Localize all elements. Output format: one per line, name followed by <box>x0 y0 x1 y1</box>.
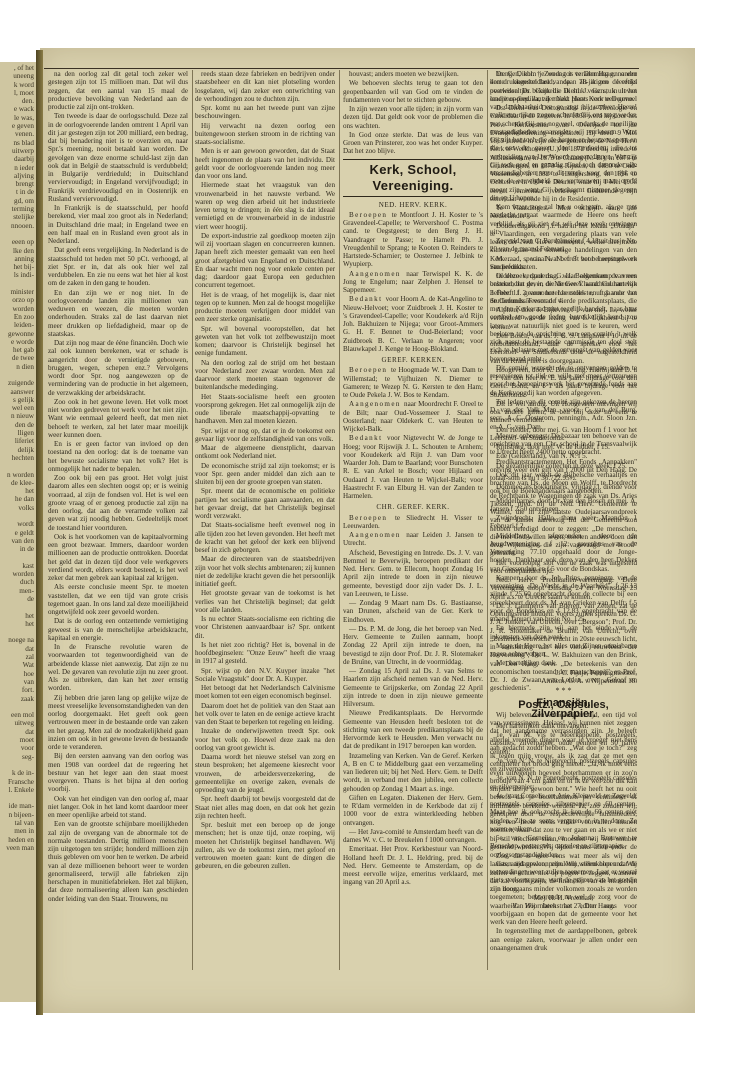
article-paragraph: Dat geeft eens vergelijking. In Nederlan… <box>48 246 188 287</box>
article-paragraph: Men is er aan gewoon geworden, dat de St… <box>195 147 335 180</box>
postage-intro: Met hartelijken dank ontvangen: <box>490 722 637 730</box>
donation-entry: De gezamenlijke collecten in deze week: … <box>490 462 637 470</box>
donation-entry: Kampen, door ds. Joh. Prins, penningm. v… <box>490 574 637 624</box>
article-paragraph: Dat Staats-socialisme heeft evenwel nog … <box>195 521 335 554</box>
article-paragraph: Na den oorlog zal de strijd om het besta… <box>195 359 335 392</box>
announcement-label: Bedankt <box>349 434 387 442</box>
article-paragraph: reeds staan deze fabrieken en bedrijven … <box>195 70 335 103</box>
church-announcements: NED. HERV. KERK.Beroepen te Montfoort J.… <box>343 201 483 887</box>
donation-entry: Dit is wel aardig. Uit Hoogeveen ontving… <box>490 400 637 425</box>
donation-entry: brengen, kom je weer tot verademing en o… <box>490 70 637 202</box>
article-paragraph: Zoo ook bij een pas groot. Het volgt jui… <box>48 474 188 532</box>
announcement-label: Beroepen <box>349 366 391 374</box>
postage-entry: 3e. van N. N. te Papendrecht, postzegels… <box>490 774 637 791</box>
article-paragraph: houvast; anders moeten we bezwijken. <box>343 70 483 78</box>
article-paragraph: Het betoogt dat het Nederlandsch Calvini… <box>195 684 335 701</box>
church-subheading: CHR. GEREF. KERK. <box>343 503 483 511</box>
postage-entry: 1e. van M. Vis te Moerkappelle, postzege… <box>490 731 637 756</box>
announcement-label: Beroepen <box>349 514 395 522</box>
column-3-church-news: houvast; anders moeten we bezwijken.We b… <box>343 70 483 970</box>
announcement-label: Bedankt <box>349 295 386 303</box>
page-gutter <box>36 50 43 1015</box>
header-rule <box>44 68 639 69</box>
donation-entry: Rijnsburg, door mej. W. de Ridder, f 15. <box>490 443 637 451</box>
postage-entry: 5e. van Cornelis en Johanna Brouwer te B… <box>490 834 637 851</box>
news-paragraph: — Zondag 15 April zal Ds. J. van Selms t… <box>343 667 483 708</box>
article-paragraph: Het Staats-socialisme heeft een grooten … <box>195 393 335 426</box>
postage-entry: 2e. van N. N. te Nigtevecht, postzegels,… <box>490 757 637 774</box>
collector-signature: Mej. H. H. Vreeman, Van Hoornbeekstraat … <box>490 894 637 911</box>
donation-entry: Ede (Gelderland), van N. N. f 5. <box>490 452 637 460</box>
article-paragraph: na den oorlog zal dit getal toch zeker w… <box>48 70 188 111</box>
article-paragraph: Daarom doet het de politiek van den Staa… <box>195 702 335 727</box>
article-paragraph: Maar de directeuren van de staatsbedrijv… <box>195 555 335 588</box>
donation-entry: Zegveld, van C. Bardelmeijer f 4,18 uit … <box>490 237 637 254</box>
news-paragraph: — Ds. P. M. de Jong, die het beroep van … <box>343 625 483 666</box>
article-paragraph: En dan zijn we er nog niet. In de oorlog… <box>48 289 188 339</box>
news-paragraph: Giften en Legaten. Diakenen der Herv. Ge… <box>343 794 483 827</box>
donation-entry: En hiermede zijn wij aan het einde van d… <box>490 624 637 641</box>
article-paragraph: In God onze sterkte. Dat was de leus van… <box>343 131 483 156</box>
article-paragraph: We behoeven slechts terug te gaan tot de… <box>343 79 483 104</box>
article-paragraph: Dat is de oorlog een ontzettende verniet… <box>48 617 188 642</box>
article-paragraph: De economische strijd zal zijn toekomst;… <box>195 462 335 487</box>
announcement-item: Bedankt voor Nigtevecht W. de Jonge te H… <box>343 434 483 500</box>
church-subheading: NED. HERV. KERK. <box>343 201 483 209</box>
postage-entry: Zoo, dat is weer eens wat meer als wij d… <box>490 852 637 893</box>
donation-entry: Middelharnis, door Dr. van den Bosch en … <box>490 497 637 514</box>
article-paragraph: Een van de grootste schijnbare moeilijkh… <box>48 820 188 903</box>
announcement-label: Aangenomen <box>349 531 406 539</box>
column-2-article: reeds staan deze fabrieken en bedrijven … <box>195 70 335 965</box>
postage-donations: Met hartelijken dank ontvangen:1e. van M… <box>490 722 637 893</box>
column-rule <box>487 70 488 970</box>
treasurer-signature: J. C. Fijnje, Penningmeester, Arnhem, G.… <box>490 669 637 686</box>
article-paragraph: Zij hebben drie jaren lang op gelijke wi… <box>48 694 188 752</box>
announcement-label: Aangenomen <box>349 270 406 278</box>
donations-list: brengen, kom je weer tot verademing en o… <box>490 70 637 668</box>
column-5-donations: brengen, kom je weer tot verademing en o… <box>490 70 637 970</box>
donation-entry: Zwijndrecht, Hallo, thans weer Maandag 1… <box>490 514 637 531</box>
donation-entry: Kom lezer, zoo zal het u ook gaan, als g… <box>490 203 637 236</box>
article-paragraph: Hiermede staat het vraagstuk van den vro… <box>195 181 335 231</box>
church-subheading: GEREF. KERKEN. <box>343 356 483 364</box>
article-paragraph: Als eerste conclusie meent Spr. te moete… <box>48 583 188 616</box>
announcement-label: Aangenomen <box>349 400 404 408</box>
article-paragraph: Spr. meent dat de economische en politie… <box>195 487 335 520</box>
article-paragraph: De export-industrie zal goedkoop moeten … <box>195 232 335 290</box>
article-paragraph: Inzake de onderwijswetten treedt Spr. oo… <box>195 727 335 752</box>
donation-entry: M. . . . , van N. N. f 5 voor Leerstoel-… <box>490 255 637 272</box>
news-paragraph: Inzameling van Kerken. Van de Geref. Ker… <box>343 752 483 793</box>
donation-entry: Den Helder, door mej. G. van Hoorn f 1 v… <box>490 426 637 443</box>
announcement-label: Beroepen <box>349 211 392 219</box>
article-paragraph: Hij verwacht na dezen oorlog een buiteng… <box>195 122 335 147</box>
article-paragraph: Spr. heeft daarbij tot bewijs voorgestel… <box>195 795 335 820</box>
article-paragraph: Het is de vraag, of het mogelijk is, daa… <box>195 291 335 324</box>
article-paragraph: In de Fransche revolutie waren de voorwa… <box>48 643 188 693</box>
news-paragraph: — Het Java-comité te Amsterdam heeft van… <box>343 828 483 845</box>
article-paragraph: Ten tweede is daar de oorlogsschuld. Dez… <box>48 112 188 203</box>
donation-entry: Moge de Heere het alles met Zijnen onmis… <box>490 642 637 659</box>
article-paragraph: Ook is het voorkomen van de kapitaalvorm… <box>48 533 188 583</box>
separator-stars: * * * <box>490 687 637 695</box>
article-paragraph: Is nu echter Staats-socialisme een richt… <box>195 615 335 640</box>
article-paragraph: En is er geen factor van invloed op den … <box>48 440 188 473</box>
section-heading-kerk-school: Kerk, School, Vereeniging. <box>343 159 483 197</box>
article-paragraph: Ook van het eindigen van den oorlog af, … <box>48 795 188 820</box>
article-paragraph: In zijn wezen voor alle tijden; in zijn … <box>343 105 483 130</box>
announcement-item: Beroepen te Sliedrecht H. Visser te Leeu… <box>343 514 483 531</box>
announcement-item: Aangenomen naar Terwispel K. K. de Jong … <box>343 270 483 295</box>
article-ending: houvast; anders moeten we bezwijken.We b… <box>343 70 483 156</box>
article-paragraph: Maar de algemeene dienstplicht, daarvan … <box>195 444 335 461</box>
article-paragraph: Dat zijn nog maar de ééne financiën. Doc… <box>48 339 188 397</box>
donation-entry: Oldebroek, door ds. G. H. Beekenkamp van… <box>490 272 637 305</box>
news-paragraph: Emeritaat. Het Prov. Kerkbestuur van Noo… <box>343 845 483 886</box>
donation-entry: Alphen, door J. Bijlevre. f 1 van mej. L… <box>490 306 637 331</box>
article-paragraph: In Frankrijk is de staatsschuld, per hoo… <box>48 204 188 245</box>
donation-entry: Ook dit jaar wordt de Bijbelsche verhaal… <box>490 471 637 496</box>
facing-page-text-fragment: , of het uneeng k word l, moet den. e wa… <box>0 62 36 852</box>
column-rule <box>192 70 193 970</box>
article-paragraph: Spr. wijst er nog op, dat er in de toeko… <box>195 427 335 444</box>
donation-entry: Hoogeveen, door K. Bruinsting. Hierbij a… <box>490 366 637 399</box>
article-paragraph: Is het niet zoo richtig? Het is, bovenal… <box>195 641 335 666</box>
article-paragraph: Spr. wijst op den N.V. Kuyper inzake "he… <box>195 667 335 684</box>
article-paragraph: Spr. besluit met een beroep op de jonge … <box>195 821 335 871</box>
article-paragraph: Het grootste gevaar van de toekomst is h… <box>195 589 335 614</box>
announcement-item: Aangenomen naar Leiden J. Jansen te Utre… <box>343 531 483 548</box>
article-paragraph: Spr. wil bovenal vooropstellen, dat het … <box>195 325 335 358</box>
donation-entry: Met hartelijken dank, <box>490 659 637 667</box>
news-paragraph: Afscheid, Bevestiging en Intrede. Ds. J.… <box>343 549 483 599</box>
donation-entry: Middelburg, afgezonden door de Jeugdvere… <box>490 532 637 573</box>
column-rule <box>339 70 340 970</box>
article-paragraph: Spr. komt nu aan het tweede punt van zij… <box>195 104 335 121</box>
announcement-item: Aangenomen naar Moordrecht F. Oreel te d… <box>343 400 483 433</box>
news-paragraph: Nieuwe Predikantsplaats. De Hervormde Ge… <box>343 709 483 750</box>
announcement-item: Bedankt voor Hoorn A. de Kat-Angelino te… <box>343 295 483 353</box>
news-paragraph: — Zondag 9 Maart nam Ds. G. Bastiaanse, … <box>343 599 483 624</box>
donation-entry: Den Bosch, van ds. J. G. S. Langhout f 1… <box>490 332 637 365</box>
announcement-item: Beroepen te Montfoort J. H. Koster te 's… <box>343 211 483 269</box>
article-paragraph: Zoo ook in het gewone leven. Het volk mo… <box>48 398 188 439</box>
announcement-item: Beroepen te Hoogmade W. T. van Dam te Wi… <box>343 366 483 399</box>
column-1-article: na den oorlog zal dit getal toch zeker w… <box>48 70 188 965</box>
section-heading-postzegels: Postz., Capsules, Zilverpapier. <box>490 701 637 718</box>
article-paragraph: Bij den eersten aanvang van den oorlog w… <box>48 752 188 793</box>
article-paragraph: Daarna wordt het nieuwe stelsel van zorg… <box>195 753 335 794</box>
postage-entry: 4e. van Cornelis en Arie Kleinveld te Ze… <box>490 792 637 833</box>
